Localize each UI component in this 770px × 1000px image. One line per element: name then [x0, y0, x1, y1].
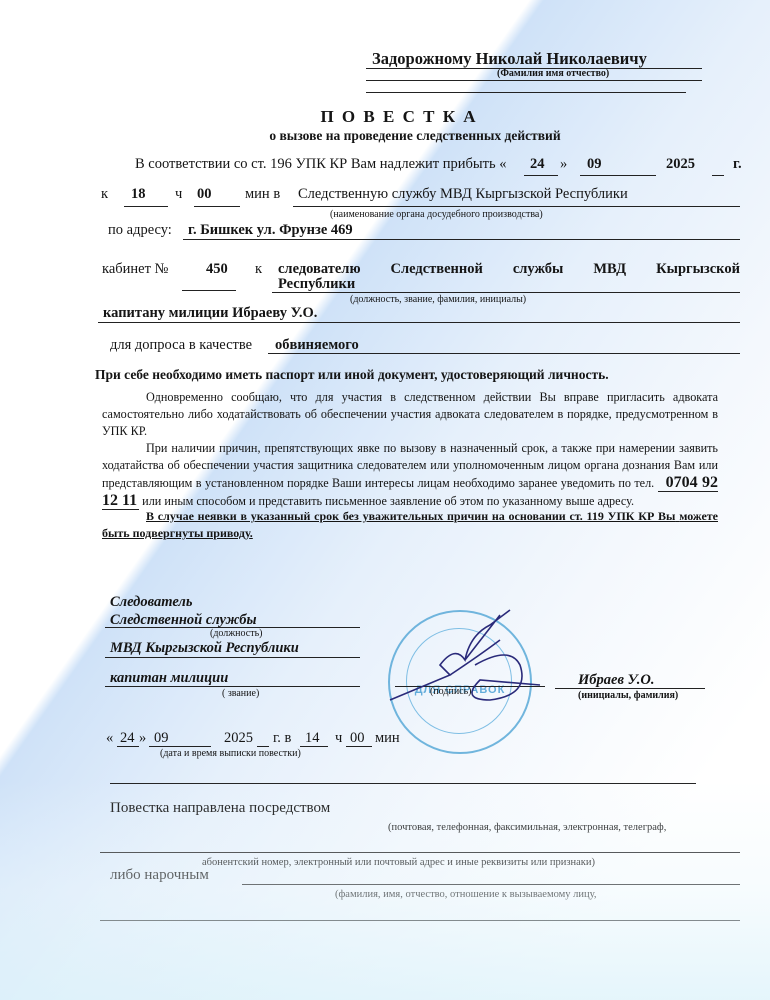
issued-separator	[110, 783, 696, 784]
summons-office: 450	[206, 261, 228, 278]
warning-line-1: В случае неявки в указанный срок без ува…	[146, 509, 675, 523]
summons-month: 09	[587, 156, 602, 173]
issued-minute: 00	[350, 730, 365, 747]
courier-caption: (фамилия, имя, отчество, отношение к выз…	[335, 889, 596, 900]
agency-line	[293, 206, 740, 207]
purpose-label: для допроса в качестве	[110, 337, 252, 354]
issued-open-quote: «	[106, 730, 113, 747]
rank: капитан милиции	[110, 670, 228, 687]
officer-word: Кыргызской	[656, 261, 740, 278]
minute-line	[194, 206, 240, 207]
signature-scribble-icon	[380, 605, 560, 715]
summons-minute: 00	[197, 186, 212, 203]
agency-caption: (наименование органа досудебного произво…	[330, 209, 543, 220]
issued-close-quote: »	[139, 730, 146, 747]
issued-year-line	[257, 746, 269, 747]
issued-year: 2025	[224, 730, 253, 747]
hour-line	[124, 206, 168, 207]
officer-name-line	[98, 322, 740, 323]
document-subtitle: о вызове на проведение следственных дейс…	[0, 128, 770, 144]
officer-line-2: Республики	[278, 276, 355, 293]
issued-day-line	[117, 746, 139, 747]
position-caption: (должность)	[210, 628, 263, 639]
summons-day: 24	[530, 156, 545, 173]
purpose-line	[268, 353, 740, 354]
address-line	[183, 239, 740, 240]
issued-hour-label: ч	[335, 730, 342, 747]
issued-minute-line	[346, 746, 372, 747]
issued-month: 09	[154, 730, 169, 747]
issued-caption: (дата и время выписки повестки)	[160, 748, 301, 759]
summons-purpose: обвиняемого	[275, 337, 359, 354]
summons-hour: 18	[131, 186, 146, 203]
addressee-caption: (Фамилия имя отчество)	[497, 68, 609, 79]
id-requirement-note: При себе необходимо иметь паспорт или ин…	[95, 367, 609, 383]
summons-document: Задорожному Николай Николаевичу (Фамилия…	[0, 0, 770, 1000]
contact-notice-text: При наличии причин, препятствующих явке …	[102, 441, 718, 490]
courier-label: либо нарочным	[110, 867, 209, 884]
officer-caption: (должность, звание, фамилия, инициалы)	[350, 294, 526, 305]
officer-word: Следственной	[391, 261, 483, 278]
hour-label: ч	[175, 186, 182, 203]
addressee-line-3	[366, 92, 686, 93]
rank-line	[105, 686, 360, 687]
officer-name: капитану милиции Ибраеву У.О.	[103, 305, 317, 322]
contact-notice-paragraph: При наличии причин, препятствующих явке …	[102, 440, 718, 510]
delivery-label: Повестка направлена посредством	[110, 800, 330, 817]
position-line-3: МВД Кыргызской Республики	[110, 640, 299, 657]
month-line	[580, 175, 656, 176]
summons-day-close: »	[560, 156, 567, 173]
document-title: П О В Е С Т К А	[0, 107, 770, 127]
summons-address: г. Бишкек ул. Фрунзе 469	[188, 222, 353, 239]
addressee-name: Задорожному Николай Николаевичу	[372, 49, 647, 69]
signer-name-caption: (инициалы, фамилия)	[578, 690, 678, 701]
time-at-label: к	[101, 186, 108, 203]
delivery-caption-2: абонентский номер, электронный или почто…	[202, 857, 595, 868]
delivery-line	[100, 852, 740, 853]
year-suffix-line	[712, 175, 724, 176]
contact-notice-text-end: или иным способом и представить письменн…	[142, 494, 634, 508]
officer-word: службы	[513, 261, 564, 278]
officer-to-label: к	[255, 261, 262, 278]
courier-line-2	[100, 920, 740, 921]
warning-end: .	[250, 526, 253, 540]
officer-word: МВД	[593, 261, 626, 278]
signer-name-line	[555, 688, 705, 689]
minute-label: мин в	[245, 186, 280, 203]
summons-year-suffix: г.	[733, 156, 742, 173]
courier-line	[242, 884, 740, 885]
signer-name: Ибраев У.О.	[578, 672, 654, 689]
issued-minute-label: мин	[375, 730, 400, 747]
summons-year: 2025	[666, 156, 695, 173]
addressee-line-2	[366, 80, 702, 81]
day-line	[524, 175, 558, 176]
position-line-3-underline	[105, 657, 360, 658]
position-line-1: Следователь	[110, 594, 193, 611]
rank-caption: ( звание)	[222, 688, 259, 699]
address-label: по адресу:	[108, 222, 172, 239]
issued-day: 24	[120, 730, 135, 747]
office-line	[182, 290, 236, 291]
issued-month-line	[149, 746, 211, 747]
issued-hour-line	[300, 746, 328, 747]
officer-line	[272, 292, 740, 293]
warning-paragraph: В случае неявки в указанный срок без ува…	[102, 508, 718, 542]
issued-hour: 14	[305, 730, 320, 747]
issued-year-suffix: г. в	[273, 730, 291, 747]
office-label: кабинет №	[102, 261, 168, 278]
delivery-caption-1: (почтовая, телефонная, факсимильная, эле…	[388, 822, 666, 833]
lawyer-notice-paragraph: Одновременно сообщаю, что для участия в …	[102, 389, 718, 440]
summons-agency: Следственную службу МВД Кыргызской Респу…	[298, 186, 628, 203]
summons-intro: В соответствии со ст. 196 УПК КР Вам над…	[135, 156, 506, 173]
